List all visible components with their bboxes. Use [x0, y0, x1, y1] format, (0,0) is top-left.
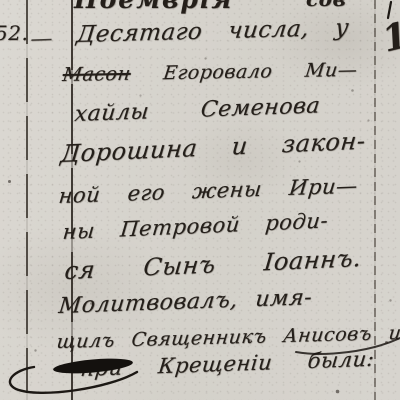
column-rule-left: [26, 0, 28, 400]
paper-speckles: [0, 0, 1, 1]
empty-cell-dash: —: [30, 26, 53, 52]
entry-line: Молитвовалъ, имя-: [57, 285, 313, 319]
entry-line-with-strikethrough: Масон Егоровало Ми—: [61, 59, 358, 86]
entry-line: ны Петровой роди-: [62, 208, 330, 243]
entry-line-rest: Егоровало Ми—: [162, 59, 359, 84]
entry-line: ся Сынъ Іоаннъ.: [63, 244, 363, 285]
struck-word: Масон: [61, 63, 132, 86]
entry-number: 52.: [0, 21, 28, 45]
entry-line: Дорошина и закон-: [59, 127, 367, 168]
register-scan-page: Ноемврія сов 52. — 1 Десятаго числа, у М…: [0, 0, 400, 400]
entry-line: хайлы Семенова: [73, 93, 321, 127]
clipped-header-fragment: сов: [306, 0, 346, 11]
entry-line: Десятаго числа, у: [75, 15, 350, 48]
entry-line: ной его жены Ири—: [57, 174, 359, 208]
right-column-number: 1: [378, 14, 400, 61]
clipped-header-month: Ноемврія: [74, 0, 233, 14]
